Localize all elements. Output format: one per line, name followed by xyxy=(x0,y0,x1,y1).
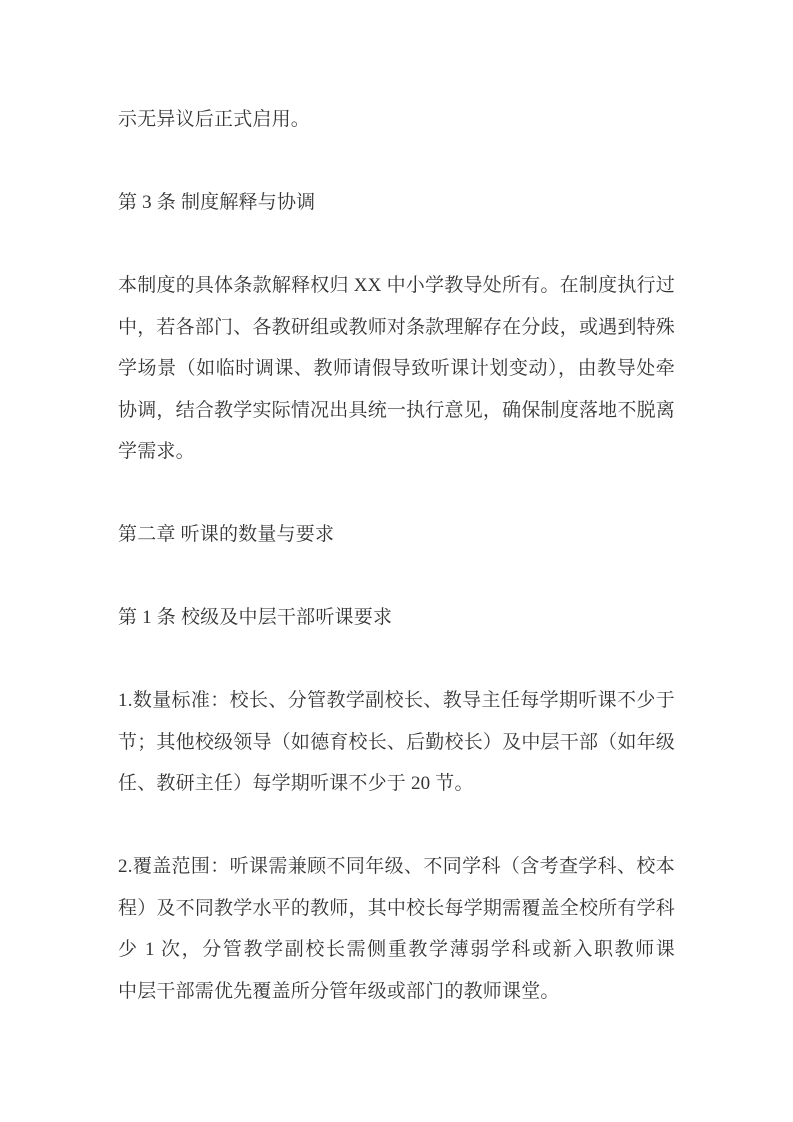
text-line: 程）及不同教学水平的教师，其中校长每学期需覆盖全校所有学科至 xyxy=(118,888,675,930)
text-line: 1.数量标准：校长、分管教学副校长、教导主任每学期听课不少于 30 xyxy=(118,680,675,722)
document-body: 示无异议后正式启用。第 3 条 制度解释与协调本制度的具体条款解释权归 XX 中… xyxy=(118,99,675,1012)
text-line: 第 1 条 校级及中层干部听课要求 xyxy=(118,597,675,639)
paragraph: 2.覆盖范围：听课需兼顾不同年级、不同学科（含考查学科、校本课程）及不同教学水平… xyxy=(118,846,675,1012)
heading: 第二章 听课的数量与要求 xyxy=(118,514,675,556)
heading: 第 1 条 校级及中层干部听课要求 xyxy=(118,597,675,639)
text-line: 学场景（如临时调课、教师请假导致听课计划变动），由教导处牵头 xyxy=(118,348,675,390)
text-line: 中，若各部门、各教研组或教师对条款理解存在分歧，或遇到特殊教 xyxy=(118,307,675,349)
paragraph: 示无异议后正式启用。 xyxy=(118,99,675,141)
text-line: 少 1 次，分管教学副校长需侧重教学薄弱学科或新入职教师课堂， xyxy=(118,929,675,971)
heading: 第 3 条 制度解释与协调 xyxy=(118,182,675,224)
text-line: 示无异议后正式启用。 xyxy=(118,99,675,141)
paragraph: 1.数量标准：校长、分管教学副校长、教导主任每学期听课不少于 30节；其他校级领… xyxy=(118,680,675,805)
text-line: 2.覆盖范围：听课需兼顾不同年级、不同学科（含考查学科、校本课 xyxy=(118,846,675,888)
text-line: 本制度的具体条款解释权归 XX 中小学教导处所有。在制度执行过程 xyxy=(118,265,675,307)
document-page: 示无异议后正式启用。第 3 条 制度解释与协调本制度的具体条款解释权归 XX 中… xyxy=(0,0,793,1122)
text-line: 中层干部需优先覆盖所分管年级或部门的教师课堂。 xyxy=(118,971,675,1013)
text-line: 任、教研主任）每学期听课不少于 20 节。 xyxy=(118,763,675,805)
text-line: 学需求。 xyxy=(118,431,675,473)
paragraph: 本制度的具体条款解释权归 XX 中小学教导处所有。在制度执行过程中，若各部门、各… xyxy=(118,265,675,473)
text-line: 节；其他校级领导（如德育校长、后勤校长）及中层干部（如年级主 xyxy=(118,722,675,764)
text-line: 第 3 条 制度解释与协调 xyxy=(118,182,675,224)
text-line: 第二章 听课的数量与要求 xyxy=(118,514,675,556)
text-line: 协调，结合教学实际情况出具统一执行意见，确保制度落地不脱离教 xyxy=(118,390,675,432)
